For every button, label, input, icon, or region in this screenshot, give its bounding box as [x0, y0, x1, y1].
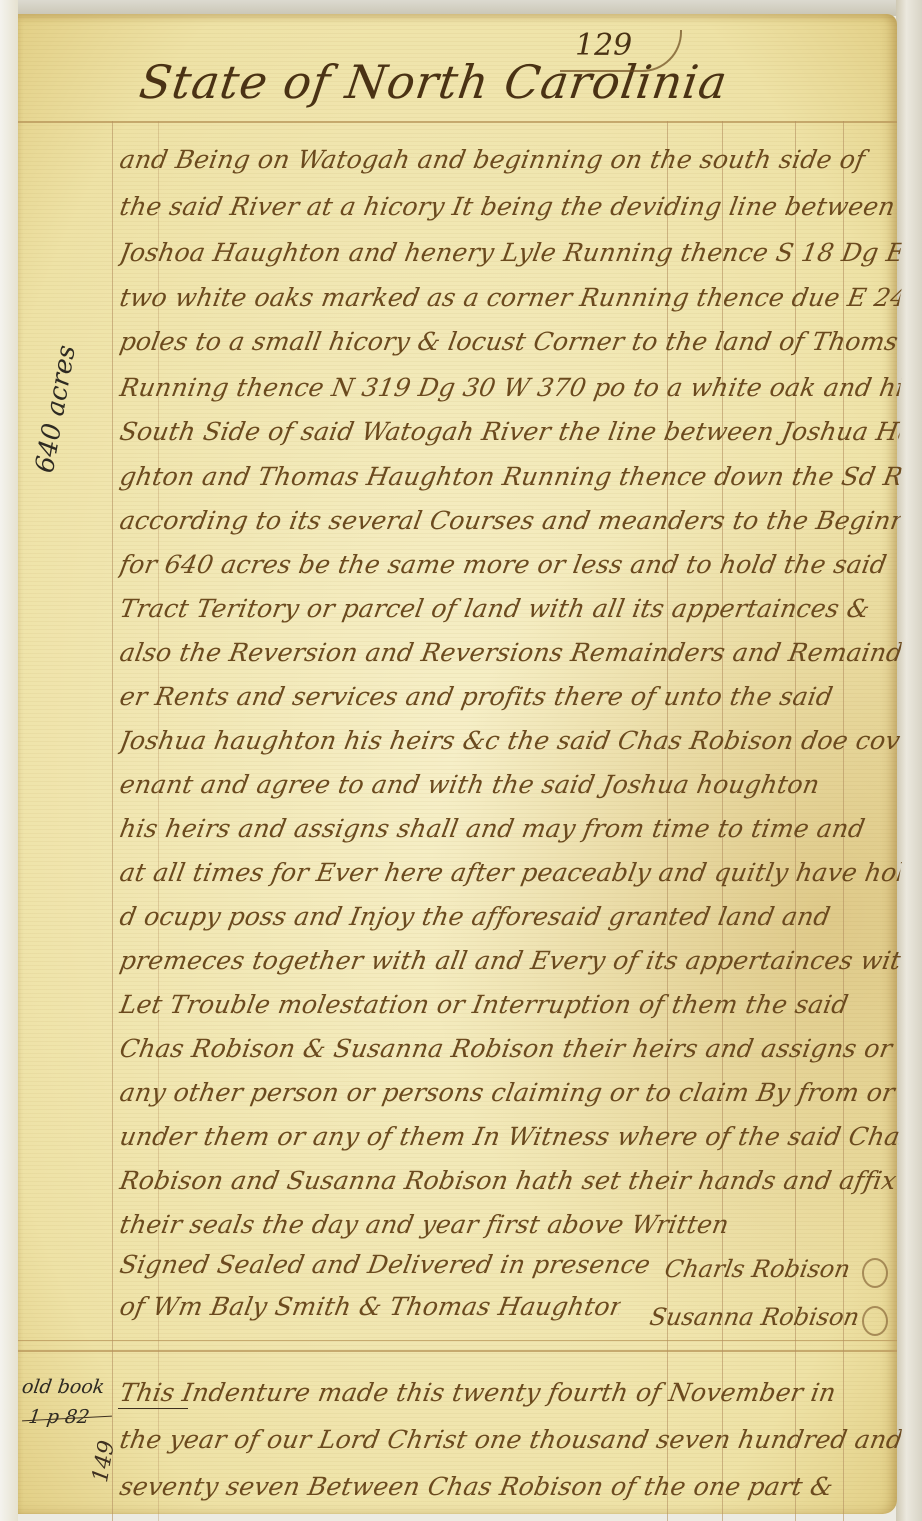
body-line: ghton and Thomas Haughton Running thence… — [117, 462, 902, 492]
body-line: for 640 acres be the same more or less a… — [117, 550, 902, 580]
body-line: South Side of said Watogah River the lin… — [117, 417, 902, 447]
top-rule — [18, 121, 897, 123]
binding-right-edge — [896, 0, 922, 1521]
body-line: Joshoa Haughton and henery Lyle Running … — [117, 238, 902, 268]
body-line: their seals the day and year first above… — [117, 1210, 902, 1240]
binding-left-edge — [0, 0, 18, 1521]
body-line: the said River at a hicory It being the … — [117, 192, 902, 222]
body-line: Chas Robison & Susanna Robison their hei… — [117, 1034, 902, 1064]
body-line: Let Trouble molestation or Interruption … — [117, 990, 902, 1020]
margin-rule-left — [112, 121, 113, 1521]
section-divider-rule-2 — [18, 1350, 897, 1352]
seal-mark — [862, 1258, 888, 1288]
entry-line: This Indenture made this twenty fourth o… — [117, 1378, 902, 1408]
indenture-underline — [118, 1408, 188, 1409]
body-line: Joshua haughton his heirs &c the said Ch… — [117, 726, 902, 756]
body-line: at all times for Ever here after peaceab… — [117, 858, 902, 888]
body-line: enant and agree to and with the said Jos… — [117, 770, 902, 800]
seal-mark — [862, 1306, 888, 1336]
body-line: d ocupy poss and Injoy the afforesaid gr… — [117, 902, 902, 932]
signature-susanna-robison: Susanna Robison — [648, 1303, 862, 1331]
body-line: of Wm Baly Smith & Thomas Haughton — [117, 1292, 622, 1322]
body-line: Running thence N 319 Dg 30 W 370 po to a… — [117, 373, 902, 403]
body-line: Robison and Susanna Robison hath set the… — [117, 1166, 902, 1196]
signature-charls-robison: Charls Robison — [663, 1255, 853, 1283]
entry-line: seventy seven Between Chas Robison of th… — [117, 1472, 902, 1502]
margin-note-old-book: old book 1 p 82 — [16, 1372, 107, 1432]
body-line: poles to a small hicory & locust Corner … — [117, 327, 902, 357]
body-line: Tract Teritory or parcel of land with al… — [117, 594, 902, 624]
body-line: his heirs and assigns shall and may from… — [117, 814, 902, 844]
body-line: and Being on Watogah and beginning on th… — [117, 145, 902, 175]
body-line: also the Reversion and Reversions Remain… — [117, 638, 902, 668]
body-line: Signed Sealed and Delivered in presence — [117, 1250, 722, 1280]
page-number: 129 — [575, 28, 632, 63]
body-line: premeces together with all and Every of … — [117, 946, 902, 976]
body-line: er Rents and services and profits there … — [117, 682, 902, 712]
body-line: any other person or persons claiming or … — [117, 1078, 902, 1108]
body-line: under them or any of them In Witness whe… — [117, 1122, 902, 1152]
section-divider-rule — [18, 1340, 897, 1341]
body-line: according to its several Courses and mea… — [117, 506, 902, 536]
body-line: two white oaks marked as a corner Runnin… — [117, 283, 902, 313]
entry-line: the year of our Lord Christ one thousand… — [117, 1425, 902, 1455]
